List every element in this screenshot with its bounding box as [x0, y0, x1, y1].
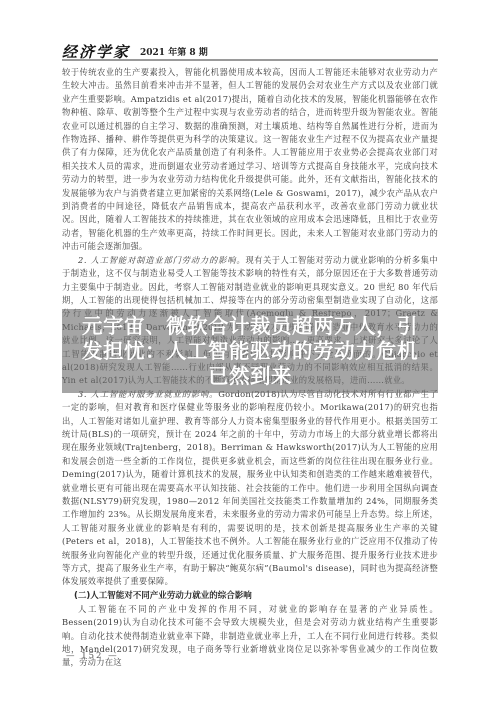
page-number: — 152 —	[66, 651, 119, 661]
paragraph-lead: 2. 人工智能对制造业部门劳动力的影响。	[78, 255, 245, 265]
paragraph-text: Gordon(2018)认为尽管自动化技术对所有行业都产生了一定的影响，但对教育…	[62, 389, 438, 587]
masthead: 经济学家 2021 年第 8 期	[62, 42, 438, 60]
section-heading: (二)人工智能对不同产业劳动力就业的综合影响	[62, 589, 438, 603]
header-rule	[62, 59, 438, 61]
headline-overlay: 元宇宙、微软合计裁员超两万人，引发担忧：人工智能驱动的劳动力危机已然到来	[62, 309, 438, 393]
paragraph-agriculture: 较于传统农业的生产要素投入，智能化机器使用成本较高，因而人工智能还未能够对农业劳…	[62, 66, 438, 254]
overlay-headline: 元宇宙、微软合计裁员超两万人，引发担忧：人工智能驱动的劳动力危机已然到来	[75, 314, 425, 389]
paragraph-services: 3. 人工智能对服务业就业的影响。Gordon(2018)认为尽管自动化技术对所…	[62, 388, 438, 589]
journal-logo: 经济学家	[62, 44, 130, 60]
paragraph-text: 较于传统农业的生产要素投入，智能化机器使用成本较高，因而人工智能还未能够对农业劳…	[62, 67, 438, 251]
